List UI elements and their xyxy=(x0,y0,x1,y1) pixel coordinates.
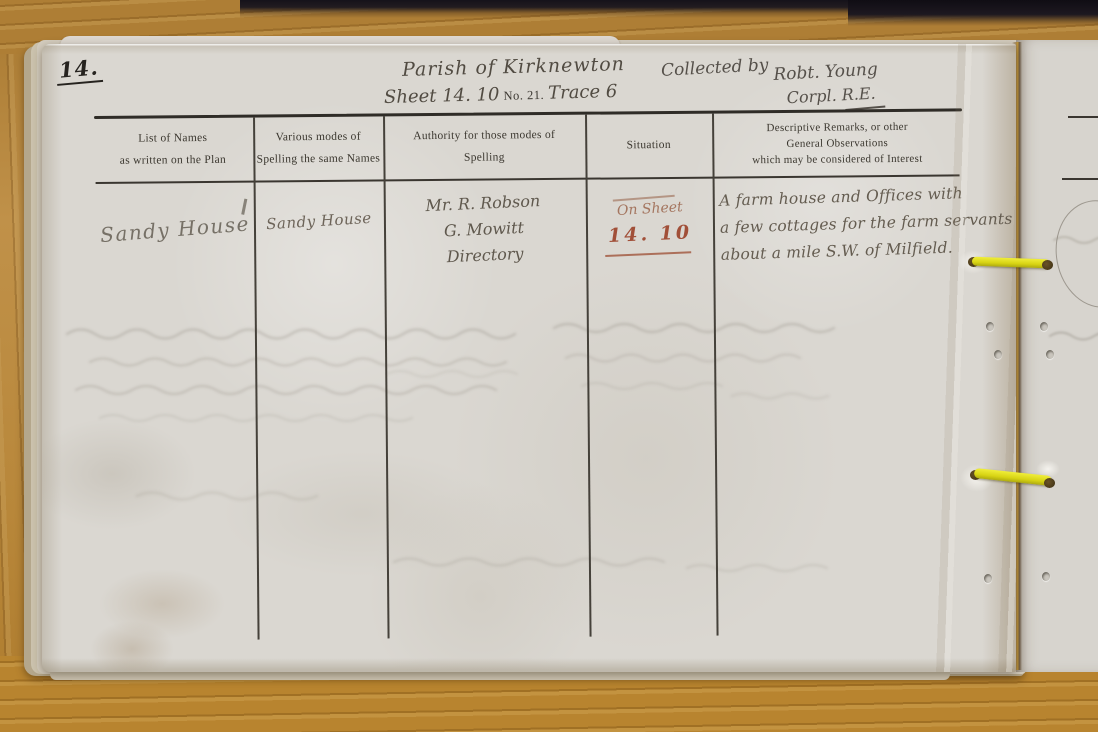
punch-hole xyxy=(1046,350,1054,359)
column-divider xyxy=(253,118,259,640)
sheet-number-handwritten: Sheet 14. 10 xyxy=(384,84,500,108)
entry-spelling: Sandy House xyxy=(256,208,381,234)
name-book-table: List of Names as written on the Plan Var… xyxy=(92,108,969,651)
punch-hole xyxy=(986,322,994,331)
printed-number: No. 21. xyxy=(499,88,548,103)
header-line: Spelling xyxy=(464,151,505,163)
collector-name: Robt. Young xyxy=(773,60,878,85)
entry-authority: Mr. R. Robson G. Mowitt Directory xyxy=(387,186,580,272)
entry-situation-label: On Sheet xyxy=(589,197,710,220)
sheet-line: Sheet 14. 10No. 21.Trace 6 xyxy=(384,81,618,108)
header-line: List of Names xyxy=(138,132,207,145)
header-line: Authority for those modes of xyxy=(413,129,555,142)
column-divider xyxy=(585,115,591,637)
facing-page-faint-writing xyxy=(1016,40,1098,672)
entry-name-on-plan: Sandy House xyxy=(98,211,251,247)
header-line: which may be considered of Interest xyxy=(752,153,922,166)
facing-page-sliver xyxy=(1016,40,1098,672)
oval-stamp-outline xyxy=(1047,193,1098,314)
header-line: General Observations xyxy=(786,137,888,150)
collector-rank: Corpl. R.E. xyxy=(786,84,876,108)
name-book-page: 14. Parish of Kirknewton Sheet 14. 10No.… xyxy=(42,44,1016,672)
cord-knot xyxy=(1044,478,1055,488)
punch-hole xyxy=(984,574,992,583)
facing-page-rule xyxy=(1068,116,1098,118)
collected-by-label: Collected by xyxy=(661,55,769,81)
punch-hole xyxy=(994,350,1002,359)
header-authority: Authority for those modes of Spelling xyxy=(383,118,585,176)
parish-title: Parish of Kirknewton xyxy=(402,53,625,81)
facing-page-rule xyxy=(1062,178,1098,180)
header-line: Various modes of xyxy=(275,131,360,144)
header-situation: Situation xyxy=(585,117,712,174)
header-line: as written on the Plan xyxy=(120,154,226,167)
header-list-of-names: List of Names as written on the Plan xyxy=(92,121,253,178)
header-line: Spelling the same Names xyxy=(257,152,381,165)
punch-hole xyxy=(1040,322,1048,331)
header-line: Situation xyxy=(627,139,671,151)
header-descriptive-remarks: Descriptive Remarks, or other General Ob… xyxy=(712,114,962,172)
column-divider xyxy=(712,114,718,636)
header-line: Descriptive Remarks, or other xyxy=(766,121,907,134)
photo-of-name-book: 14. Parish of Kirknewton Sheet 14. 10No.… xyxy=(0,0,1098,732)
situation-underline xyxy=(605,251,691,257)
page-number: 14. xyxy=(55,54,103,86)
punch-hole xyxy=(1042,572,1050,581)
trace-number-handwritten: Trace 6 xyxy=(548,81,618,104)
dark-object-top-right xyxy=(848,0,1098,26)
entry-situation-sheet-ref: 14. 10 xyxy=(590,221,711,248)
cord-knot xyxy=(1042,260,1053,270)
header-various-modes: Various modes of Spelling the same Names xyxy=(253,119,383,176)
